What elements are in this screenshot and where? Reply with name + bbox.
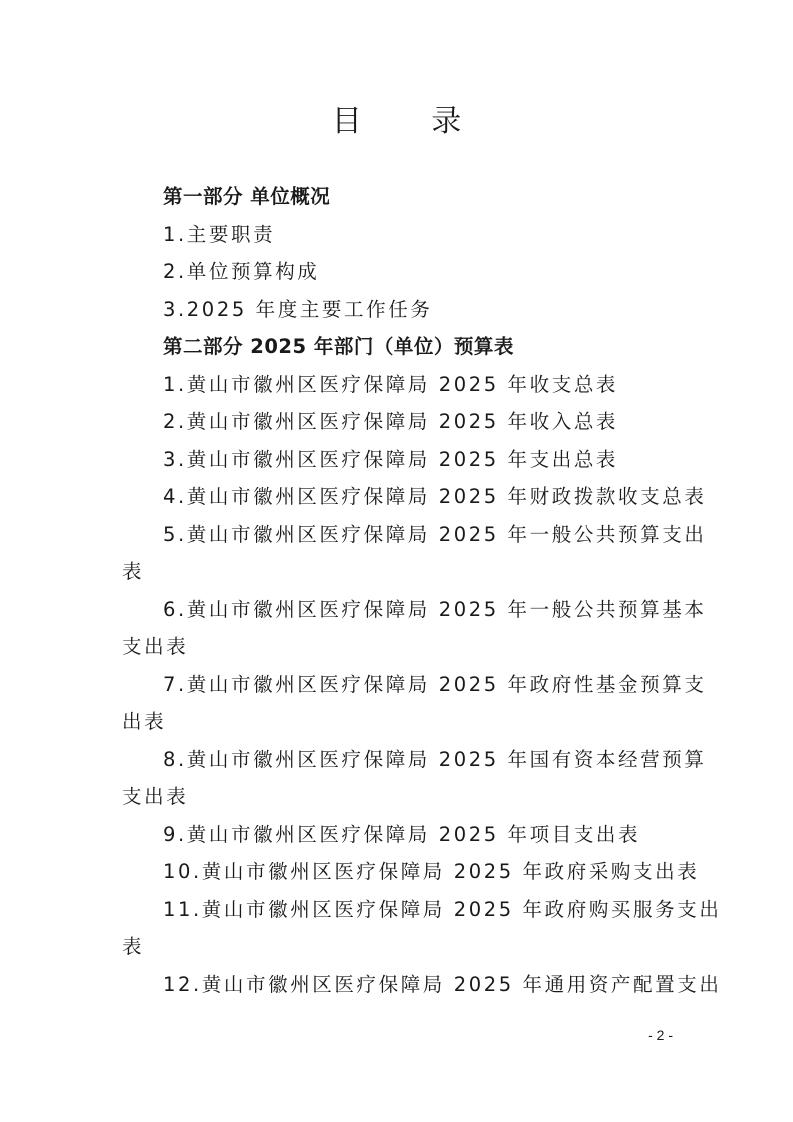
toc-item: 3.2025 年度主要工作任务: [122, 291, 682, 329]
toc-item: 2.黄山市徽州区医疗保障局 2025 年收入总表: [122, 403, 682, 441]
toc-item: 11.黄山市徽州区医疗保障局 2025 年政府购买服务支出: [122, 891, 682, 929]
toc-item-continuation: 支出表: [122, 628, 682, 666]
toc-item: 5.黄山市徽州区医疗保障局 2025 年一般公共预算支出: [122, 516, 682, 554]
toc-item: 7.黄山市徽州区医疗保障局 2025 年政府性基金预算支: [122, 666, 682, 704]
toc-item: 8.黄山市徽州区医疗保障局 2025 年国有资本经营预算: [122, 741, 682, 779]
toc-item-continuation: 支出表: [122, 778, 682, 816]
toc-item: 10.黄山市徽州区医疗保障局 2025 年政府采购支出表: [122, 853, 682, 891]
toc-item-continuation: 表: [122, 553, 682, 591]
toc-item: 6.黄山市徽州区医疗保障局 2025 年一般公共预算基本: [122, 591, 682, 629]
toc-item: 4.黄山市徽州区医疗保障局 2025 年财政拨款收支总表: [122, 478, 682, 516]
toc-item: 1.黄山市徽州区医疗保障局 2025 年收支总表: [122, 366, 682, 404]
table-of-contents: 第一部分 单位概况 1.主要职责 2.单位预算构成 3.2025 年度主要工作任…: [122, 178, 682, 1003]
toc-item-continuation: 表: [122, 928, 682, 966]
toc-item: 1.主要职责: [122, 216, 682, 254]
toc-item: 12.黄山市徽州区医疗保障局 2025 年通用资产配置支出: [122, 966, 682, 1004]
page-number: - 2 -: [648, 1027, 673, 1043]
toc-item: 2.单位预算构成: [122, 253, 682, 291]
toc-item: 3.黄山市徽州区医疗保障局 2025 年支出总表: [122, 441, 682, 479]
toc-part1-heading: 第一部分 单位概况: [122, 178, 682, 216]
toc-item: 9.黄山市徽州区医疗保障局 2025 年项目支出表: [122, 816, 682, 854]
toc-item-continuation: 出表: [122, 703, 682, 741]
toc-part2-heading: 第二部分 2025 年部门（单位）预算表: [122, 328, 682, 366]
page-title: 目 录: [0, 96, 793, 140]
